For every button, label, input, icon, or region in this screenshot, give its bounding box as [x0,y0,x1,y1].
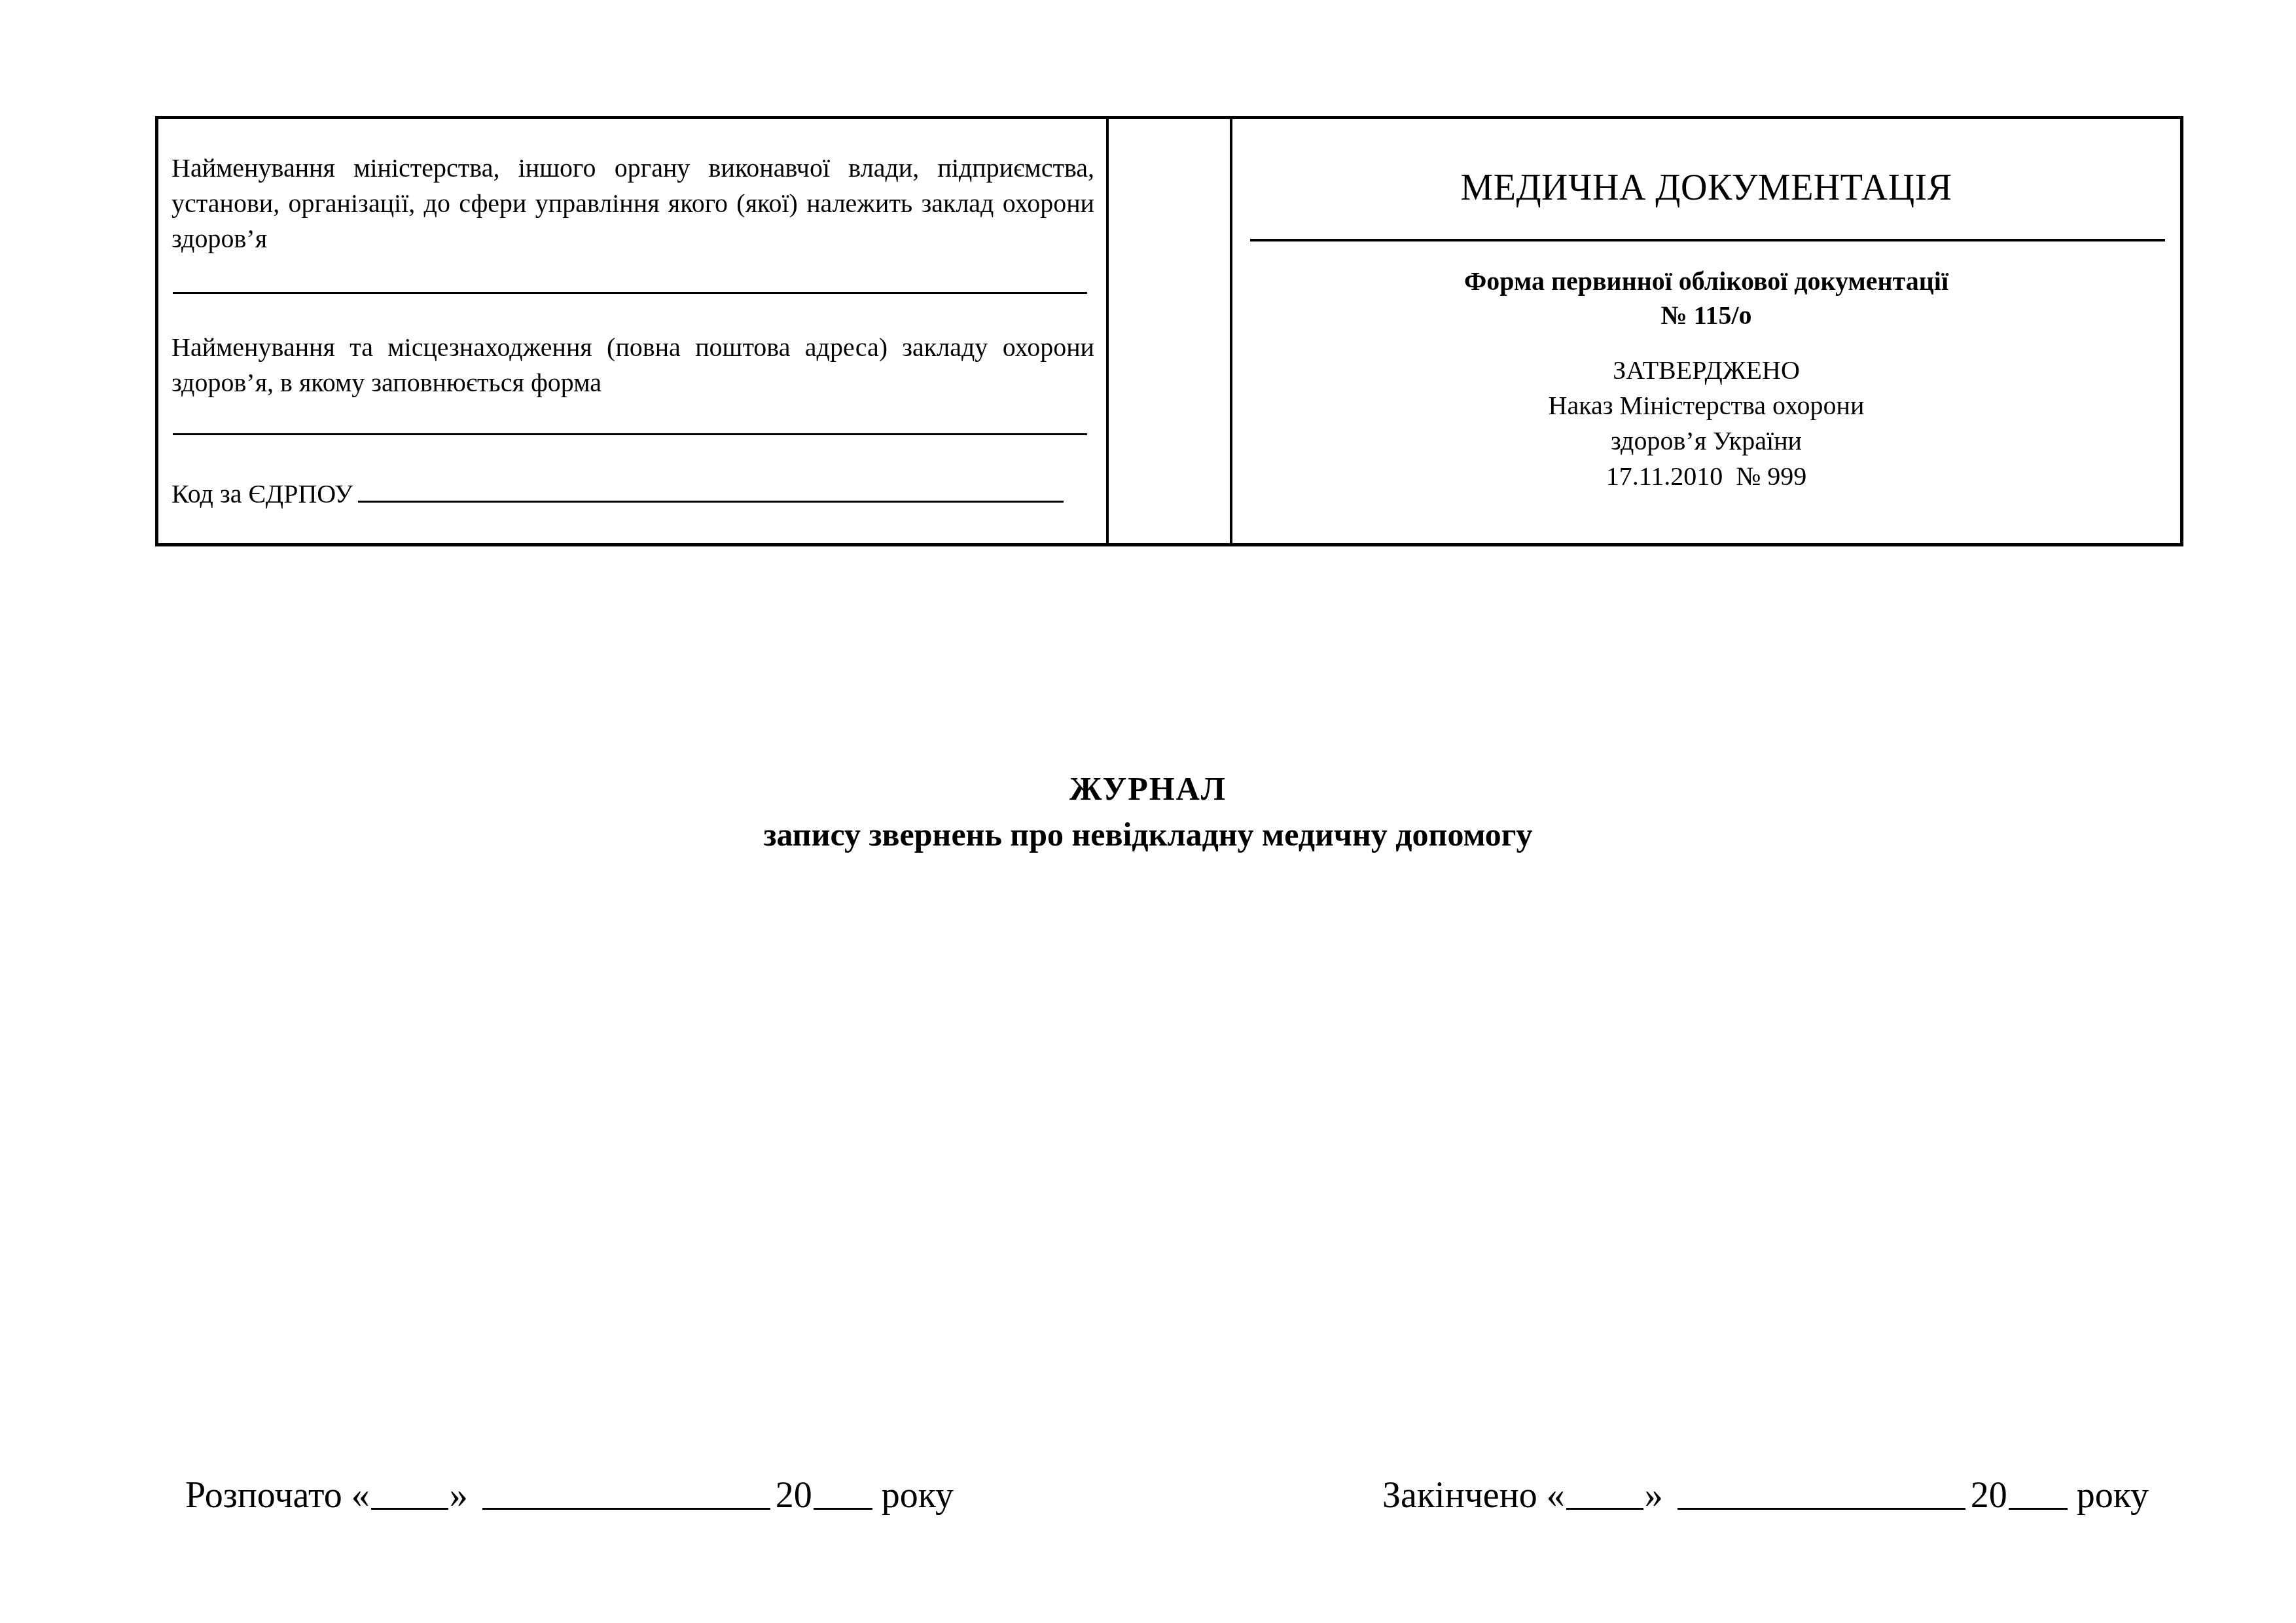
end-century: 20 [1971,1475,2007,1516]
edrpou-input-line[interactable] [358,501,1064,503]
start-day-field[interactable] [371,1508,448,1510]
journal-heading: ЖУРНАЛ запису звернень про невідкладну м… [0,766,2296,857]
ministry-input-line[interactable] [173,292,1087,294]
end-day-field[interactable] [1566,1508,1643,1510]
ministry-label: Найменування міністерства, іншого органу… [171,151,1094,257]
journal-title: ЖУРНАЛ [0,766,2296,811]
open-quote: « [351,1475,370,1516]
category-divider [1250,239,2165,241]
start-date-label: Розпочато [185,1475,342,1516]
end-year-suffix: року [2077,1475,2149,1516]
start-year-field[interactable] [814,1508,872,1510]
institution-label: Найменування та місцезнаходження (повна … [171,330,1094,401]
form-number: № 115/о [1232,298,2180,332]
institution-input-line[interactable] [173,433,1087,435]
approved-label: ЗАТВЕРДЖЕНО [1232,353,2180,388]
form-designation: Форма первинної облікової документації №… [1232,264,2180,332]
edrpou-row: Код за ЄДРПОУ [171,476,1094,512]
edrpou-label: Код за ЄДРПОУ [171,479,353,508]
document-category: МЕДИЧНА ДОКУМЕНТАЦІЯ [1232,165,2180,211]
form-header-table: Найменування міністерства, іншого органу… [155,116,2183,546]
end-year-field[interactable] [2009,1508,2068,1510]
form-type-label: Форма первинної облікової документації [1232,264,2180,298]
column-divider [1106,119,1109,543]
close-quote: » [1645,1475,1663,1516]
approval-date-number: 17.11.2010 № 999 [1232,459,2180,494]
end-month-field[interactable] [1677,1508,1965,1510]
journal-subtitle: запису звернень про невідкладну медичну … [0,811,2296,857]
approval-block: ЗАТВЕРДЖЕНО Наказ Міністерства охорони з… [1232,353,2180,494]
start-century: 20 [776,1475,812,1516]
start-year-suffix: року [882,1475,954,1516]
institution-info-cell: Найменування міністерства, іншого органу… [171,119,1094,543]
approval-order-line2: здоров’я України [1232,423,2180,459]
form-info-cell: МЕДИЧНА ДОКУМЕНТАЦІЯ Форма первинної обл… [1232,119,2180,543]
start-date-row: Розпочато «» 20року [185,1472,954,1518]
approval-order-line1: Наказ Міністерства охорони [1232,388,2180,423]
end-date-row: Закінчено «» 20року [1382,1472,2149,1518]
start-month-field[interactable] [482,1508,770,1510]
open-quote: « [1547,1475,1565,1516]
close-quote: » [450,1475,468,1516]
end-date-label: Закінчено [1382,1475,1537,1516]
